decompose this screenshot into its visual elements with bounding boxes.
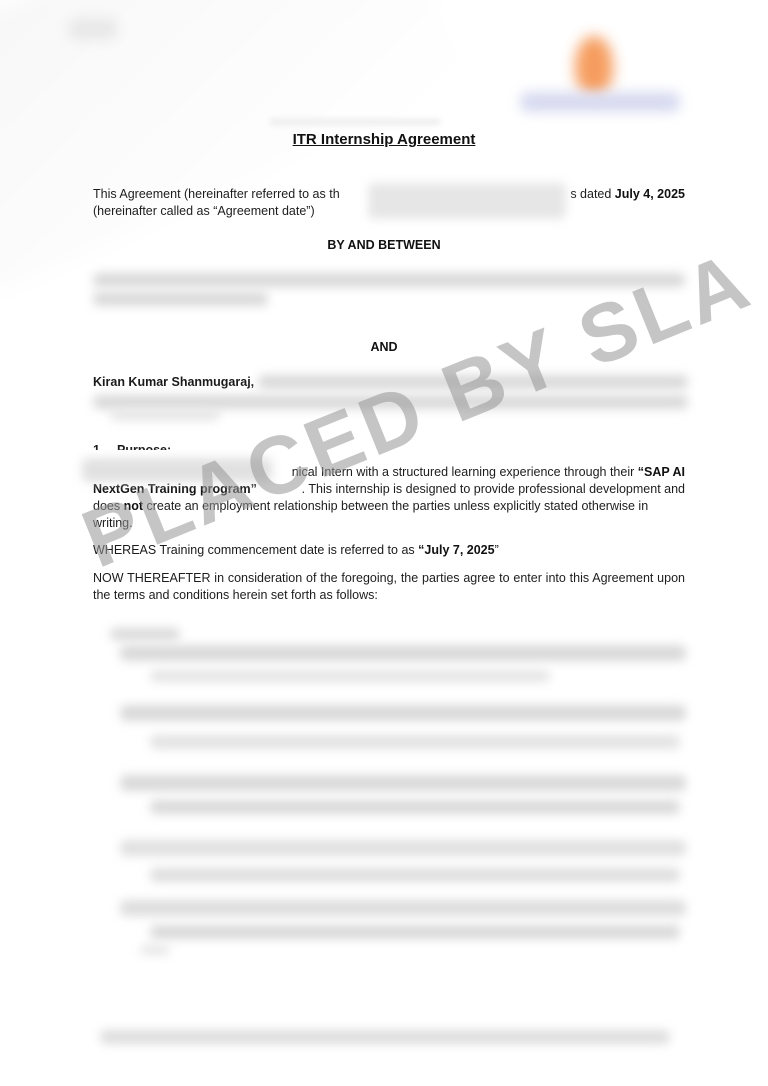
- program-name-open: “SAP AI: [638, 465, 685, 479]
- whereas-clause: WHEREAS Training commencement date is re…: [93, 542, 685, 559]
- redacted-clause-1a: [120, 645, 686, 661]
- redacted-clause-5a: [120, 900, 686, 916]
- redacted-header-text: [68, 18, 118, 40]
- whereas-text: WHEREAS Training commencement date is re…: [93, 543, 418, 557]
- now-thereafter-clause: NOW THEREAFTER in consideration of the f…: [93, 570, 685, 604]
- section1-heading-text: Purpose:: [117, 443, 171, 450]
- section1-line2: . This internship is designed to provide…: [302, 481, 685, 498]
- agreement-date: July 4, 2025: [615, 187, 685, 201]
- redacted-clause-5b: [150, 925, 680, 939]
- redacted-clause-3a: [120, 775, 686, 791]
- section1-number: 1: [93, 442, 117, 450]
- redacted-clause-5c: [140, 945, 170, 955]
- redacted-clause-3b: [150, 800, 680, 814]
- redacted-party2-line3: [110, 410, 220, 420]
- redacted-clause-4b: [150, 868, 680, 882]
- redacted-party-reference: [368, 183, 566, 219]
- emphasis-not: not: [124, 499, 143, 513]
- document-title: ITR Internship Agreement: [0, 131, 768, 148]
- section1-heading: 1Purpose:: [93, 442, 685, 450]
- whereas-close-quote: ”: [495, 543, 499, 557]
- redacted-clause-2a: [120, 705, 686, 721]
- logo-mark-icon: [575, 36, 613, 96]
- by-and-between-heading: BY AND BETWEEN: [0, 238, 768, 252]
- redacted-clause-1b: [150, 670, 550, 682]
- section1-line3-pre: does: [93, 499, 124, 513]
- commencement-date: “July 7, 2025: [418, 543, 494, 557]
- company-logo: [520, 30, 690, 120]
- redacted-clause-heading: [110, 628, 180, 640]
- redacted-party1-line2: [93, 292, 268, 306]
- intro-prefix: This Agreement (hereinafter referred to …: [93, 186, 340, 203]
- program-name-rest: NextGen Training program”: [93, 481, 257, 498]
- redacted-party2-details: [258, 375, 688, 389]
- redacted-footer: [100, 1030, 670, 1044]
- intro-suffix: s dated: [570, 187, 614, 201]
- redacted-clause-4a: [120, 840, 686, 856]
- redacted-section1-start: [82, 458, 272, 482]
- section1-line1: nical Intern with a structured learning …: [292, 465, 638, 479]
- redacted-party2-line2: [93, 395, 688, 409]
- redacted-party1-line1: [93, 273, 685, 287]
- redacted-clause-2b: [150, 735, 680, 749]
- section1-line4: writing.: [93, 515, 685, 532]
- redacted-title-line: [270, 119, 440, 125]
- and-heading: AND: [0, 340, 768, 354]
- logo-wordmark-redacted: [520, 92, 680, 112]
- document-page: ITR Internship Agreement This Agreement …: [0, 0, 768, 1086]
- section1-line3-post: create an employment relationship betwee…: [143, 499, 648, 513]
